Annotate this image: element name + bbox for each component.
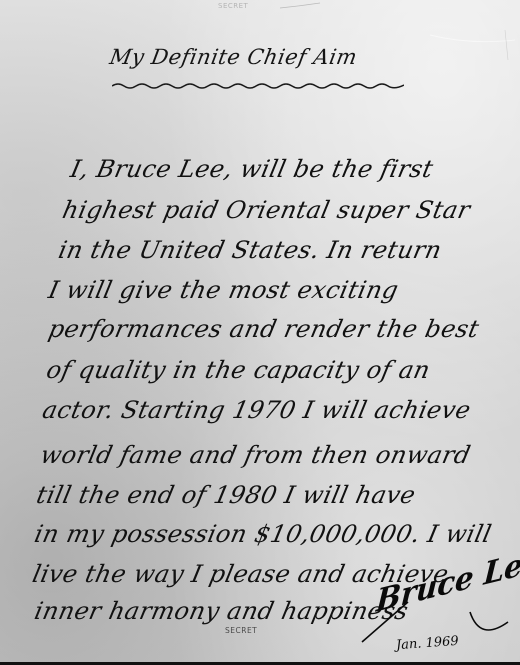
secret-stamp-top: SECRET bbox=[218, 2, 248, 10]
page-title: My Definite Chief Aim bbox=[108, 45, 412, 69]
secret-stamp-bottom: SECRET bbox=[225, 626, 257, 635]
body-line-12: inner harmony and happiness bbox=[32, 597, 411, 625]
body-line-7: actor. Starting 1970 I will achieve bbox=[40, 396, 473, 424]
body-line-5: performances and render the best bbox=[46, 315, 482, 343]
body-line-10: in my possession $10,000,000. I will bbox=[32, 520, 494, 548]
body-line-6: of quality in the capacity of an bbox=[44, 356, 433, 384]
body-line-8: world fame and from then onward bbox=[38, 441, 473, 469]
body-line-2: highest paid Oriental super Star bbox=[60, 196, 473, 224]
body-line-3: in the United States. In return bbox=[56, 236, 444, 264]
body-line-1: I, Bruce Lee, will be the first bbox=[68, 155, 436, 183]
body-line-9: till the end of 1980 I will have bbox=[34, 481, 418, 509]
title-wavy-underline bbox=[112, 80, 404, 90]
scanned-document: SECRET My Definite Chief Aim I, Bruce Le… bbox=[0, 0, 520, 662]
body-line-4: I will give the most exciting bbox=[46, 276, 401, 304]
